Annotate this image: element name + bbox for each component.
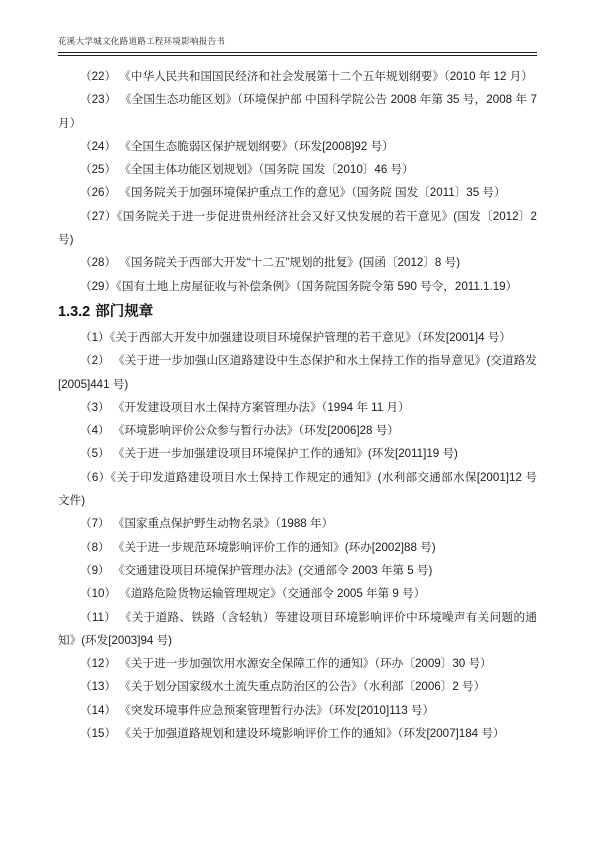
list-item-5: （5） 《关于进一步加强建设项目环境保护工作的通知》(环发[2011]19 号): [58, 442, 537, 465]
list-item-9: （9） 《交通建设项目环境保护管理办法》(交通部令 2003 年第 5 号): [58, 559, 537, 582]
list-item-23: （23） 《全国生态功能区划》（环境保护部 中国科学院公告 2008 年第 35…: [58, 88, 537, 135]
section-heading: 1.3.2部门规章: [58, 300, 537, 325]
list-item-15: （15） 《关于加强道路规划和建设环境影响评价工作的通知》（环发[2007]18…: [58, 722, 537, 745]
list-item-22: （22） 《中华人民共和国国民经济和社会发展第十二个五年规划纲要》（2010 年…: [58, 65, 537, 88]
list-item-26: （26） 《国务院关于加强环境保护重点工作的意见》（国务院 国发〔2011〕35…: [58, 181, 537, 204]
list-item-14: （14） 《突发环境事件应急预案管理暂行办法》（环发[2010]113 号）: [58, 699, 537, 722]
document-page: 花溪大学城文化路道路工程环境影响报告书 （22） 《中华人民共和国国民经济和社会…: [0, 0, 595, 842]
list-item-25: （25） 《全国主体功能区划规划》（国务院 国发〔2010〕46 号）: [58, 158, 537, 181]
list-item-10: （10） 《道路危险货物运输管理规定》（交通部令 2005 年第 9 号）: [58, 582, 537, 605]
section-number: 1.3.2: [58, 304, 90, 320]
section-title: 部门规章: [95, 304, 153, 320]
running-header: 花溪大学城文化路道路工程环境影响报告书: [58, 35, 537, 47]
list-item-11: （11） 《关于道路、铁路（含轻轨）等建设项目环境影响评价中环境噪声有关问题的通…: [58, 606, 537, 653]
list-item-1: （1）《关于西部大开发中加强建设项目环境保护管理的若干意见》（环发[2001]4…: [58, 326, 537, 349]
document-body: （22） 《中华人民共和国国民经济和社会发展第十二个五年规划纲要》（2010 年…: [58, 65, 537, 745]
list-item-12: （12） 《关于进一步加强饮用水源安全保障工作的通知》（环办〔2009〕30 号…: [58, 652, 537, 675]
list-item-29: （29）《国有土地上房屋征收与补偿条例》（国务院国务院令第 590 号令，201…: [58, 275, 537, 298]
list-item-8: （8） 《关于进一步规范环境影响评价工作的通知》(环办[2002]88 号): [58, 536, 537, 559]
list-item-27: （27）《国务院关于进一步促进贵州经济社会又好又快发展的若干意见》(国发〔201…: [58, 205, 537, 252]
list-item-7: （7） 《国家重点保护野生动物名录》（1988 年）: [58, 512, 537, 535]
list-item-24: （24） 《全国生态脆弱区保护规划纲要》（环发[2008]92 号）: [58, 135, 537, 158]
header-double-rule: [58, 52, 537, 56]
list-item-6: （6）《关于印发道路建设项目水土保持工作规定的通知》(水利部交通部水保[2001…: [58, 466, 537, 513]
list-item-2: （2） 《关于进一步加强山区道路建设中生态保护和水土保持工作的指导意见》(交道路…: [58, 349, 537, 396]
list-item-28: （28） 《国务院关于西部大开发“十二五”规划的批复》(国函〔2012〕8 号): [58, 251, 537, 274]
list-item-3: （3） 《开发建设项目水土保持方案管理办法》（1994 年 11 月）: [58, 396, 537, 419]
list-item-13: （13） 《关于划分国家级水土流失重点防治区的公告》（水利部〔2006〕2 号）: [58, 675, 537, 698]
list-item-4: （4） 《环境影响评价公众参与暂行办法》（环发[2006]28 号）: [58, 419, 537, 442]
